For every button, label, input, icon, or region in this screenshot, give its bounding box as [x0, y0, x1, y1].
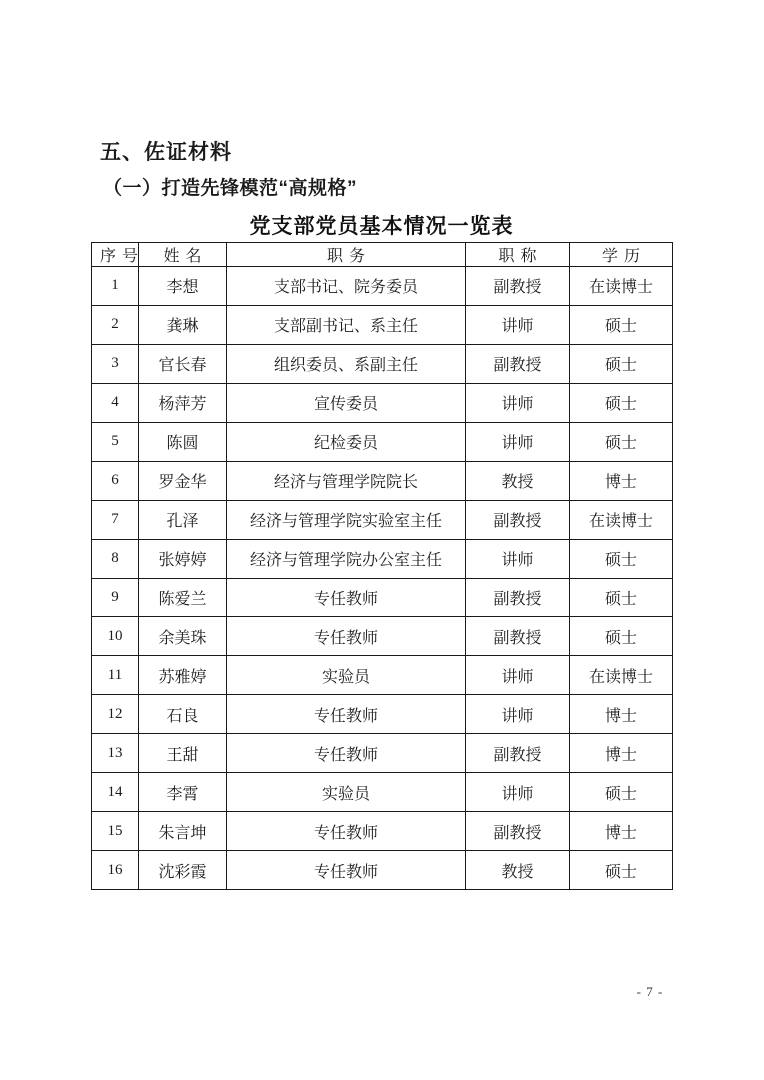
table-cell: 沈彩霞 [139, 851, 227, 890]
table-row: 9陈爱兰专任教师副教授硕士 [92, 578, 673, 617]
table-cell: 龚琳 [139, 305, 227, 344]
table-cell: 硕士 [570, 344, 673, 383]
table-cell: 李想 [139, 267, 227, 306]
table-cell: 副教授 [466, 267, 570, 306]
table-cell: 纪检委员 [227, 422, 466, 461]
table-body: 1李想支部书记、院务委员副教授在读博士2龚琳支部副书记、系主任讲师硕士3官长春组… [92, 267, 673, 890]
table-cell: 陈圆 [139, 422, 227, 461]
table-cell: 孔泽 [139, 500, 227, 539]
column-header: 姓名 [139, 243, 227, 267]
table-cell: 5 [92, 422, 139, 461]
table-cell: 组织委员、系副主任 [227, 344, 466, 383]
table-cell: 硕士 [570, 383, 673, 422]
table-cell: 硕士 [570, 773, 673, 812]
table-cell: 支部副书记、系主任 [227, 305, 466, 344]
table-cell: 讲师 [466, 383, 570, 422]
table-cell: 13 [92, 734, 139, 773]
table-cell: 苏雅婷 [139, 656, 227, 695]
table-cell: 12 [92, 695, 139, 734]
table-cell: 2 [92, 305, 139, 344]
table-cell: 硕士 [570, 422, 673, 461]
column-header: 职务 [227, 243, 466, 267]
table-cell: 专任教师 [227, 695, 466, 734]
table-cell: 李霄 [139, 773, 227, 812]
table-cell: 官长春 [139, 344, 227, 383]
table-header-row: 序号姓名职务职称学历 [92, 243, 673, 267]
table-cell: 硕士 [570, 617, 673, 656]
table-row: 8张婷婷经济与管理学院办公室主任讲师硕士 [92, 539, 673, 578]
table-row: 16沈彩霞专任教师教授硕士 [92, 851, 673, 890]
table-cell: 王甜 [139, 734, 227, 773]
table-cell: 6 [92, 461, 139, 500]
table-cell: 专任教师 [227, 578, 466, 617]
section-heading: 五、佐证材料 [100, 136, 232, 166]
table-row: 2龚琳支部副书记、系主任讲师硕士 [92, 305, 673, 344]
table-cell: 副教授 [466, 617, 570, 656]
table-row: 11苏雅婷实验员讲师在读博士 [92, 656, 673, 695]
table-row: 7孔泽经济与管理学院实验室主任副教授在读博士 [92, 500, 673, 539]
table-cell: 硕士 [570, 578, 673, 617]
table-row: 10余美珠专任教师副教授硕士 [92, 617, 673, 656]
page-number: - 7 - [615, 984, 685, 1000]
table-cell: 张婷婷 [139, 539, 227, 578]
table-cell: 专任教师 [227, 851, 466, 890]
table-cell: 硕士 [570, 305, 673, 344]
column-header: 序号 [92, 243, 139, 267]
table-cell: 9 [92, 578, 139, 617]
table-cell: 副教授 [466, 344, 570, 383]
table-row: 15朱言坤专任教师副教授博士 [92, 812, 673, 851]
table-cell: 博士 [570, 734, 673, 773]
table-cell: 博士 [570, 461, 673, 500]
table-cell: 专任教师 [227, 734, 466, 773]
table-cell: 讲师 [466, 305, 570, 344]
table-row: 14李霄实验员讲师硕士 [92, 773, 673, 812]
table-cell: 讲师 [466, 656, 570, 695]
table-row: 5陈圆纪检委员讲师硕士 [92, 422, 673, 461]
table-cell: 教授 [466, 851, 570, 890]
table-cell: 8 [92, 539, 139, 578]
table-cell: 3 [92, 344, 139, 383]
table-cell: 杨萍芳 [139, 383, 227, 422]
table-cell: 经济与管理学院实验室主任 [227, 500, 466, 539]
table-row: 3官长春组织委员、系副主任副教授硕士 [92, 344, 673, 383]
table-cell: 经济与管理学院办公室主任 [227, 539, 466, 578]
table-cell: 副教授 [466, 578, 570, 617]
table-cell: 1 [92, 267, 139, 306]
table-cell: 在读博士 [570, 267, 673, 306]
table-cell: 在读博士 [570, 500, 673, 539]
table-cell: 10 [92, 617, 139, 656]
table-cell: 罗金华 [139, 461, 227, 500]
table-cell: 讲师 [466, 695, 570, 734]
table-row: 12石良专任教师讲师博士 [92, 695, 673, 734]
table-cell: 陈爱兰 [139, 578, 227, 617]
column-header: 学历 [570, 243, 673, 267]
table-cell: 讲师 [466, 773, 570, 812]
table-cell: 经济与管理学院院长 [227, 461, 466, 500]
table-cell: 专任教师 [227, 812, 466, 851]
table-cell: 副教授 [466, 812, 570, 851]
table-cell: 14 [92, 773, 139, 812]
table-cell: 实验员 [227, 773, 466, 812]
table-row: 1李想支部书记、院务委员副教授在读博士 [92, 267, 673, 306]
table-cell: 博士 [570, 695, 673, 734]
column-header: 职称 [466, 243, 570, 267]
table-cell: 专任教师 [227, 617, 466, 656]
table-row: 4杨萍芳宣传委员讲师硕士 [92, 383, 673, 422]
table-cell: 7 [92, 500, 139, 539]
table-cell: 硕士 [570, 851, 673, 890]
table-cell: 4 [92, 383, 139, 422]
table-cell: 教授 [466, 461, 570, 500]
table-cell: 硕士 [570, 539, 673, 578]
table-cell: 讲师 [466, 422, 570, 461]
table-cell: 博士 [570, 812, 673, 851]
table-cell: 副教授 [466, 734, 570, 773]
table-cell: 朱言坤 [139, 812, 227, 851]
table-cell: 余美珠 [139, 617, 227, 656]
table-cell: 11 [92, 656, 139, 695]
table-cell: 15 [92, 812, 139, 851]
subsection-heading: （一）打造先锋模范“高规格” [103, 173, 357, 200]
table-cell: 实验员 [227, 656, 466, 695]
table-cell: 在读博士 [570, 656, 673, 695]
document-page: 五、佐证材料 （一）打造先锋模范“高规格” 党支部党员基本情况一览表 序号姓名职… [0, 0, 764, 1080]
table-cell: 讲师 [466, 539, 570, 578]
table-cell: 石良 [139, 695, 227, 734]
table-row: 13王甜专任教师副教授博士 [92, 734, 673, 773]
table-title: 党支部党员基本情况一览表 [91, 210, 672, 240]
table-row: 6罗金华经济与管理学院院长教授博士 [92, 461, 673, 500]
table-cell: 16 [92, 851, 139, 890]
table-cell: 副教授 [466, 500, 570, 539]
table-cell: 支部书记、院务委员 [227, 267, 466, 306]
party-member-table: 序号姓名职务职称学历 1李想支部书记、院务委员副教授在读博士2龚琳支部副书记、系… [91, 242, 673, 890]
table-cell: 宣传委员 [227, 383, 466, 422]
